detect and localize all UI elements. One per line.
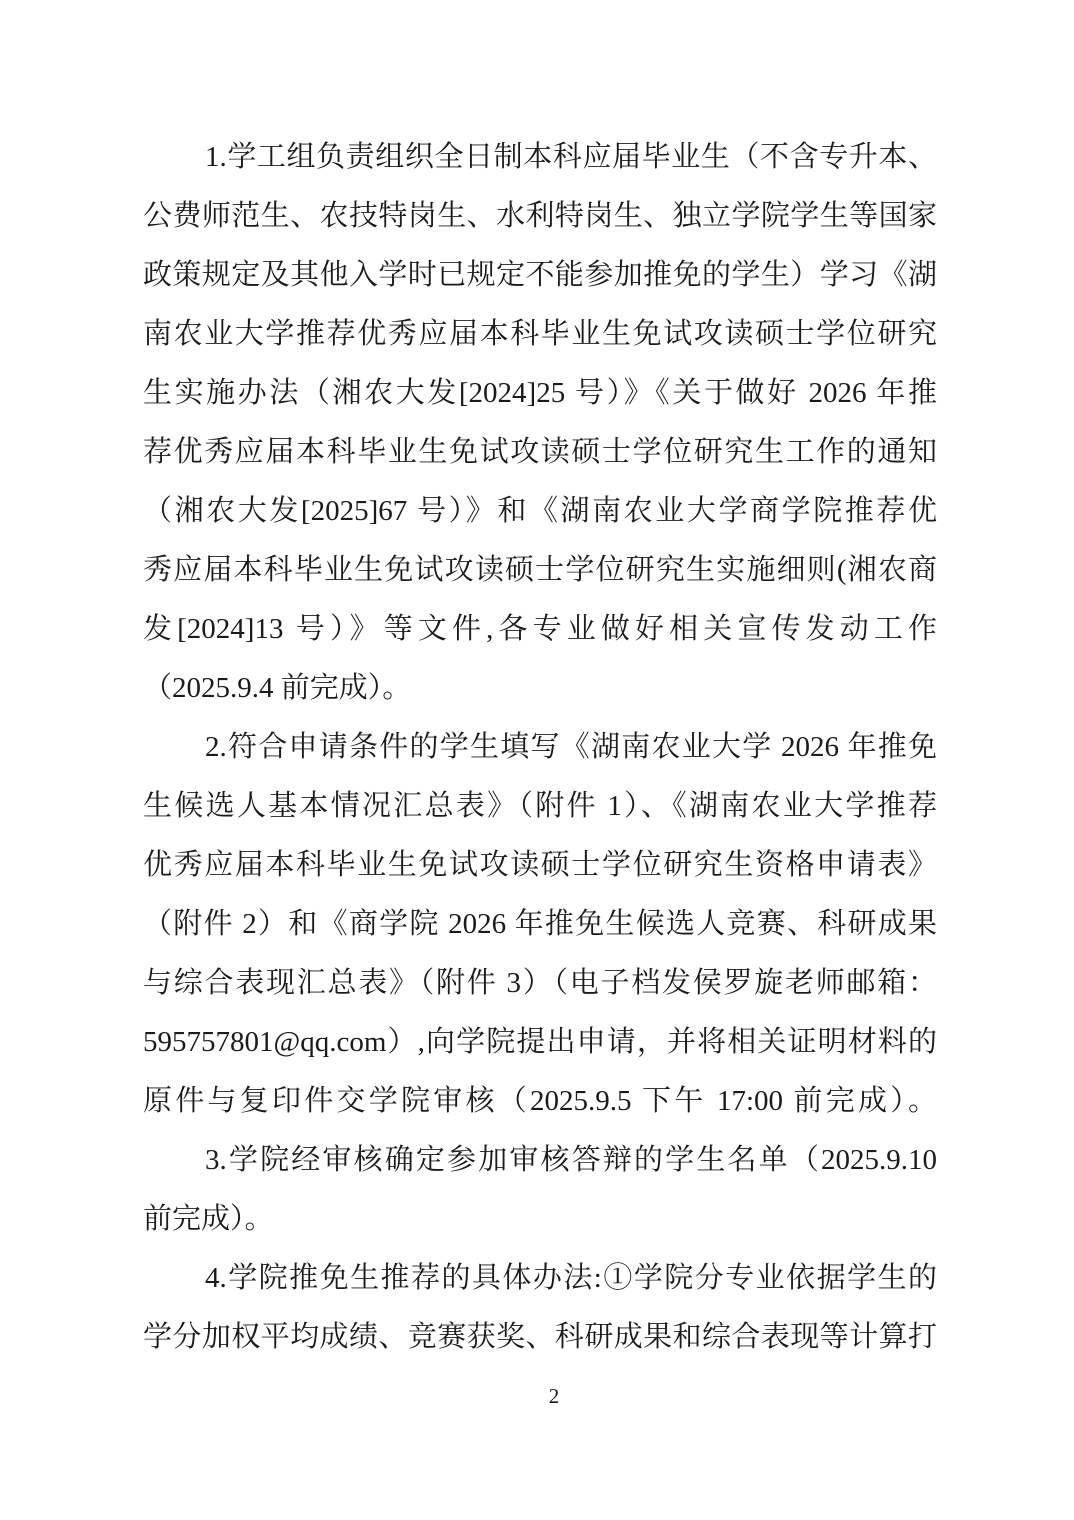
text-line: 优秀应届本科毕业生免试攻读硕士学位研究生资格申请表》: [143, 836, 937, 895]
text-line: 生实施办法（湘农大发[2024]25 号）》《关于做好 2026 年推: [143, 364, 937, 423]
text-line: 发[2024]13 号）》等文件,各专业做好相关宣传发动工作: [143, 600, 937, 659]
text-line: 政策规定及其他入学时已规定不能参加推免的学生）学习《湖: [143, 246, 937, 305]
text-line: 1.学工组负责组织全日制本科应届毕业生（不含专升本、: [143, 128, 937, 187]
body-text: 1.学工组负责组织全日制本科应届毕业生（不含专升本、公费师范生、农技特岗生、水利…: [143, 128, 937, 1367]
text-line: 荐优秀应届本科毕业生免试攻读硕士学位研究生工作的通知: [143, 423, 937, 482]
text-line: （湘农大发[2025]67 号）》和《湖南农业大学商学院推荐优: [143, 482, 937, 541]
text-line: 公费师范生、农技特岗生、水利特岗生、独立学院学生等国家: [143, 187, 937, 246]
text-line: 595757801@qq.com）,向学院提出申请，并将相关证明材料的: [143, 1013, 937, 1072]
text-line: 3.学院经审核确定参加审核答辩的学生名单（2025.9.10: [143, 1131, 937, 1190]
text-line: 2.符合申请条件的学生填写《湖南农业大学 2026 年推免: [143, 718, 937, 777]
text-line: （2025.9.4 前完成）。: [143, 659, 937, 718]
text-line: 4.学院推免生推荐的具体办法:①学院分专业依据学生的: [143, 1249, 937, 1308]
text-line: 秀应届本科毕业生免试攻读硕士学位研究生实施细则(湘农商: [143, 541, 937, 600]
text-line: 前完成）。: [143, 1190, 937, 1249]
page-number: 2: [549, 1383, 560, 1409]
text-line: （附件 2）和《商学院 2026 年推免生候选人竞赛、科研成果: [143, 895, 937, 954]
text-line: 生候选人基本情况汇总表》（附件 1）、《湖南农业大学推荐: [143, 777, 937, 836]
text-line: 原件与复印件交学院审核（2025.9.5 下午 17:00 前完成）。: [143, 1072, 937, 1131]
text-line: 学分加权平均成绩、竞赛获奖、科研成果和综合表现等计算打: [143, 1308, 937, 1367]
document-page: 1.学工组负责组织全日制本科应届毕业生（不含专升本、公费师范生、农技特岗生、水利…: [0, 0, 1074, 1520]
text-line: 南农业大学推荐优秀应届本科毕业生免试攻读硕士学位研究: [143, 305, 937, 364]
text-line: 与综合表现汇总表》（附件 3）（电子档发侯罗旋老师邮箱：: [143, 954, 937, 1013]
